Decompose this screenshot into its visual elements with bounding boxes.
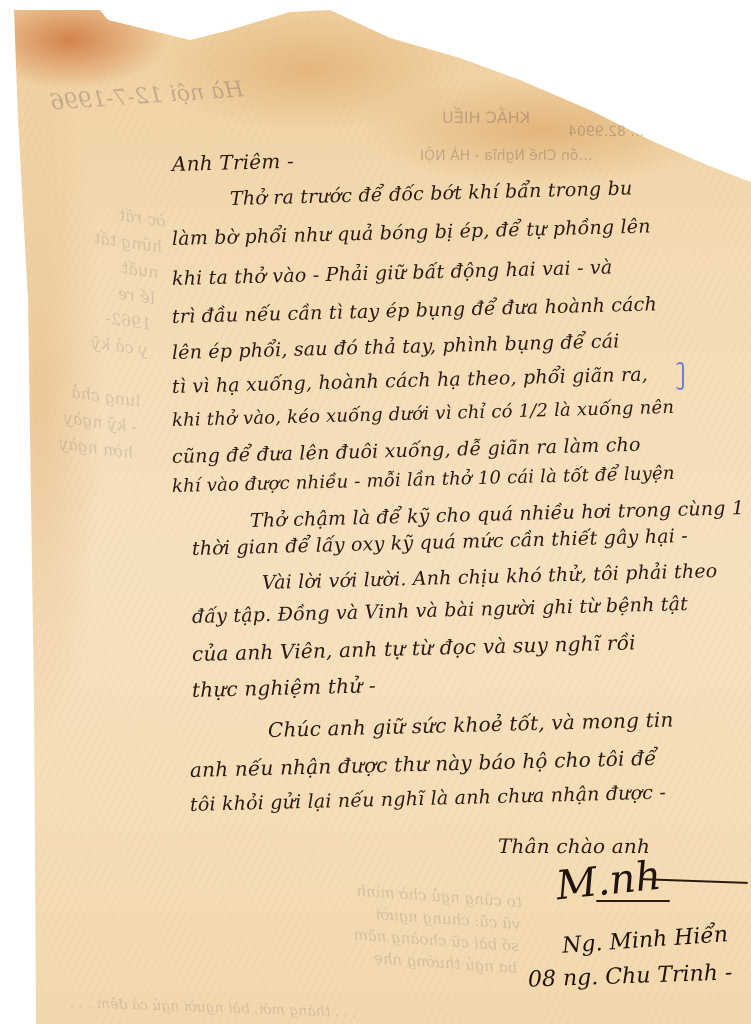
blue-ink-mark <box>676 362 684 390</box>
bleed-letterhead-3: … 82.9904 <box>568 124 644 140</box>
body-line-15: thực nghiệm thử - <box>192 673 376 702</box>
bleed-letterhead-1: KHẮC HIẾU <box>442 108 530 127</box>
bleed-letterhead-2: …ồn Chế Nghĩa - HÀ NỘI <box>420 148 592 164</box>
signature-underline <box>596 900 670 902</box>
salutation: Anh Triêm - <box>172 149 295 176</box>
closing: Thân chào anh <box>498 834 650 858</box>
